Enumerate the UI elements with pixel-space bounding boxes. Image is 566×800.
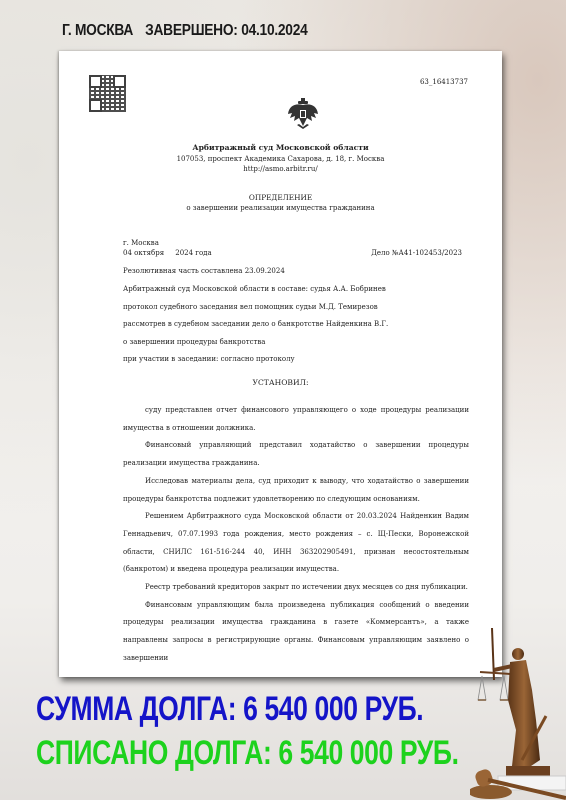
debt-amount-banner: СУММА ДОЛГА: 6 540 000 РУБ. (36, 690, 423, 729)
paragraph: Финансовый управляющий представил ходата… (123, 437, 469, 472)
court-url: http://asmo.arbitr.ru/ (59, 165, 502, 173)
document-type: ОПРЕДЕЛЕНИЕ (59, 193, 502, 202)
top-caption: Г. МОСКВАЗАВЕРШЕНО: 04.10.2024 (62, 22, 307, 40)
paragraph: Исследовав материалы дела, суд приходит … (123, 473, 469, 508)
paragraph: суду представлен отчет финансового управ… (123, 402, 469, 437)
qr-code-icon (89, 75, 126, 112)
debt-written-off-banner: СПИСАНО ДОЛГА: 6 540 000 РУБ. (36, 734, 459, 773)
court-name: Арбитражный суд Московской области (59, 143, 502, 152)
document-city: г. Москва (123, 239, 159, 247)
intro-line: рассмотрев в судебном заседании дело о б… (123, 316, 388, 334)
intro-line: Арбитражный суд Московской области в сос… (123, 281, 388, 299)
paragraph: Финансовым управляющим была произведена … (123, 597, 469, 668)
document-body: суду представлен отчет финансового управ… (123, 402, 469, 668)
coat-of-arms-icon (285, 96, 321, 132)
paragraph: Реестр требований кредиторов закрыт по и… (123, 579, 469, 597)
completed-label: ЗАВЕРШЕНО: 04.10.2024 (145, 22, 307, 39)
city-label: Г. МОСКВА (62, 22, 133, 39)
court-address: 107053, проспект Академика Сахарова, д. … (59, 155, 502, 163)
intro-line: при участии в заседании: согласно проток… (123, 351, 388, 369)
court-document-page: 63_16413737 Арбитражный суд Московской о… (59, 51, 502, 677)
case-number: Дело №А41-102453/2023 (371, 249, 462, 257)
document-date: 04 октября 2024 года (123, 249, 212, 257)
document-subject: о завершении реализации имущества гражда… (59, 204, 502, 212)
established-heading: УСТАНОВИЛ: (59, 378, 502, 387)
intro-block: Арбитражный суд Московской области в сос… (123, 281, 388, 369)
document-id: 63_16413737 (420, 78, 468, 86)
paragraph: Решением Арбитражного суда Московской об… (123, 508, 469, 579)
intro-line: протокол судебного заседания вел помощни… (123, 299, 388, 317)
intro-line: о завершении процедуры банкротства (123, 334, 388, 352)
themis-statue-image (470, 620, 566, 800)
resolution-note: Резолютивная часть составлена 23.09.2024 (123, 267, 285, 275)
